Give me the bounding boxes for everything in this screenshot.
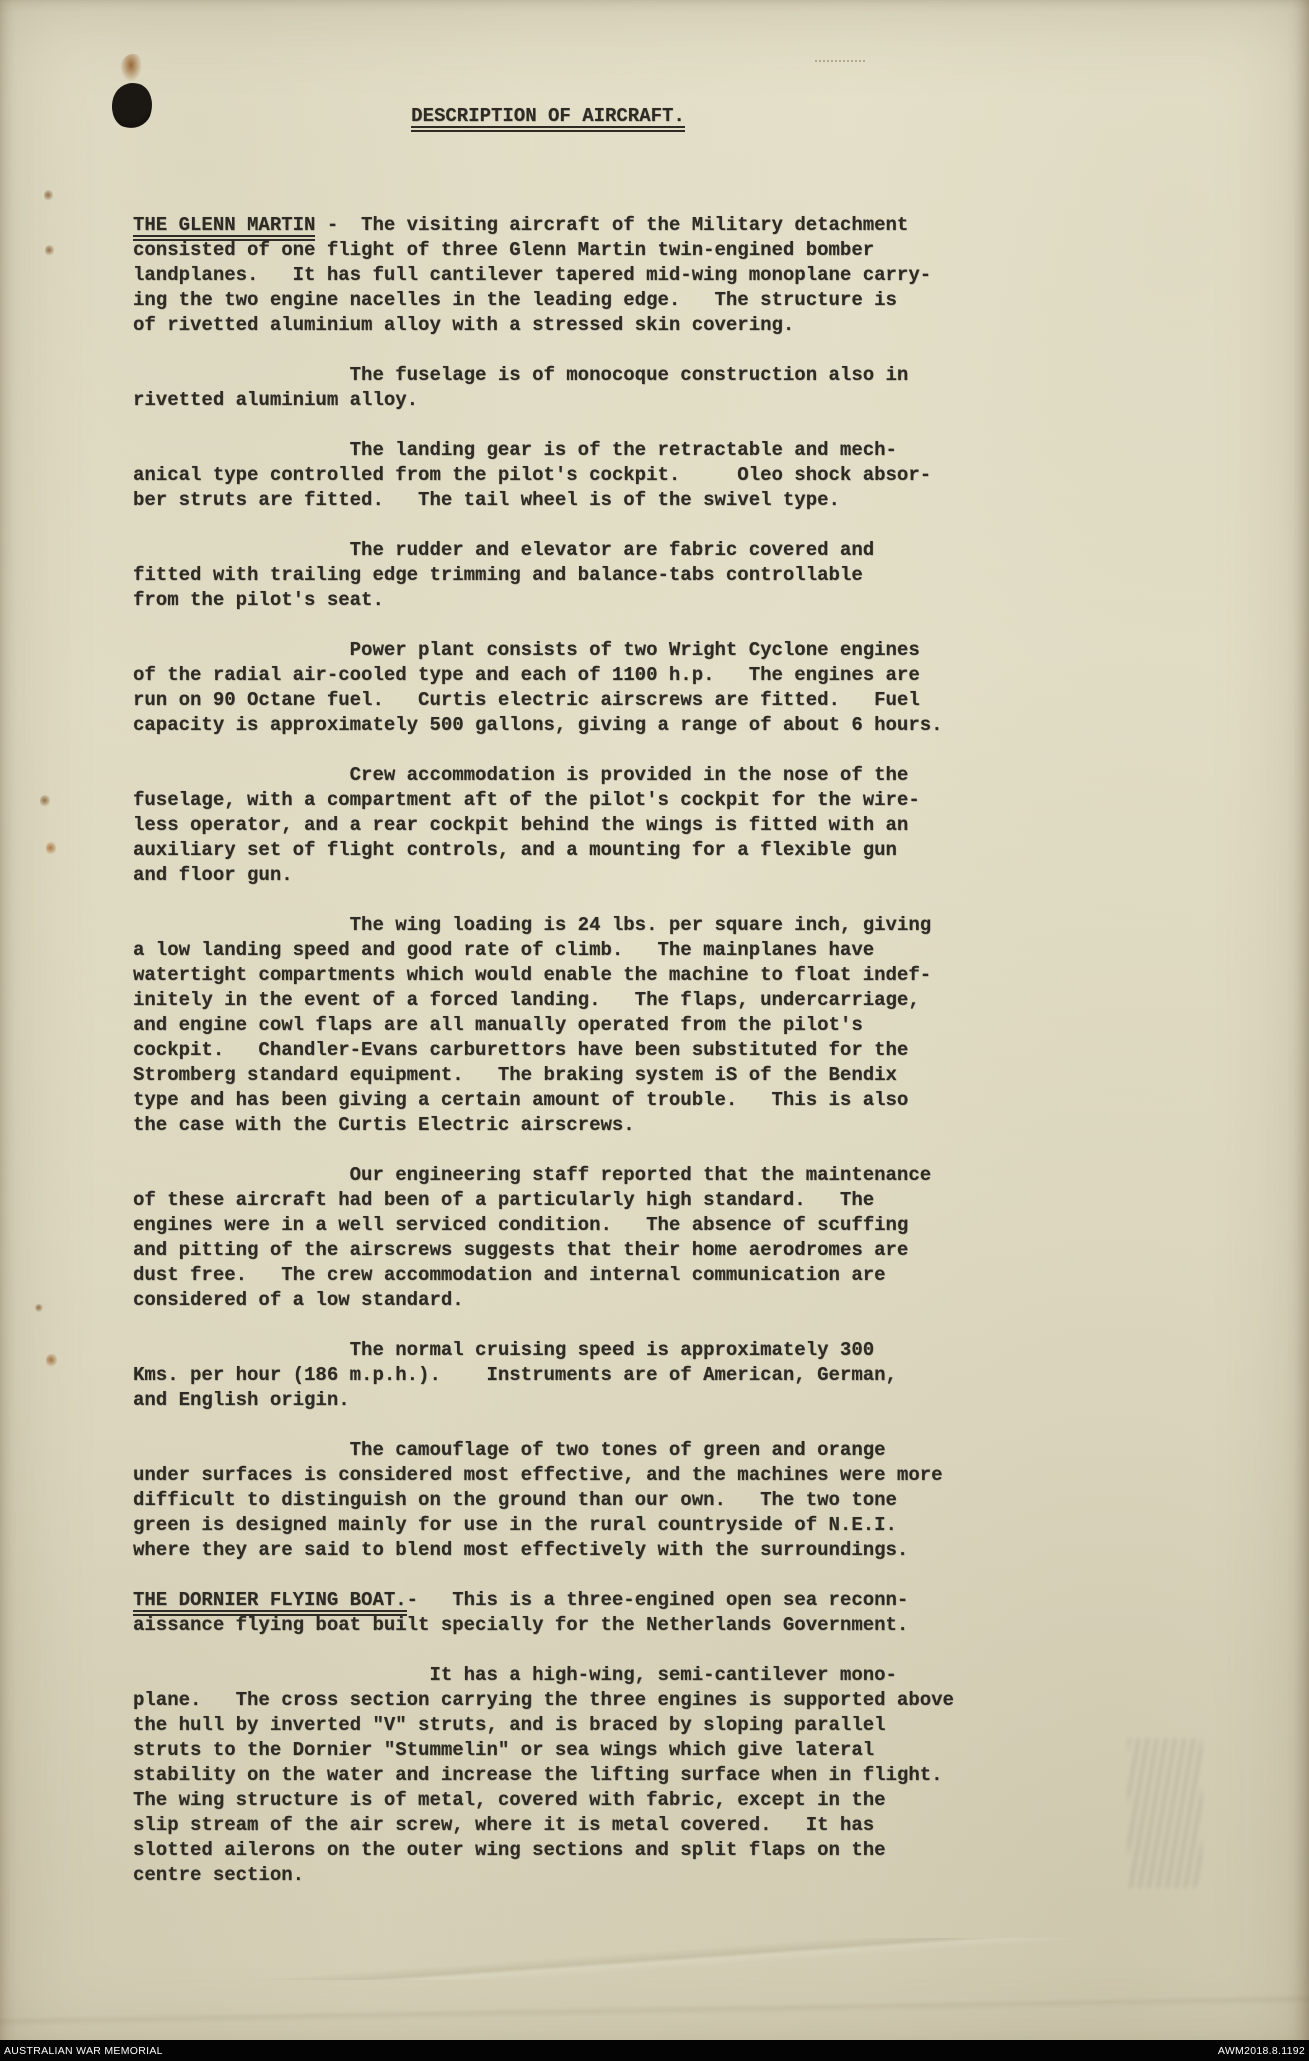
paragraph-text: Our engineering staff reported that the … (133, 1164, 931, 1311)
title-row: DESCRIPTION OF AIRCRAFT. (133, 104, 1059, 129)
paragraph-text: The landing gear is of the retractable a… (133, 439, 931, 511)
paragraph-wing-loading: The wing loading is 24 lbs. per square i… (133, 913, 983, 1138)
paper-speck (46, 842, 56, 855)
paper-crease (0, 1992, 1309, 2028)
paragraph-camouflage: The camouflage of two tones of green and… (133, 1438, 983, 1563)
paragraph-text: The normal cruising speed is approximate… (133, 1339, 897, 1411)
archive-name-label: AUSTRALIAN WAR MEMORIAL (4, 2045, 163, 2057)
section-heading-glenn-martin: THE GLENN MARTIN (133, 214, 315, 242)
paragraph-rudder-elevator: The rudder and elevator are fabric cover… (133, 538, 983, 613)
paragraph-glenn-martin: THE GLENN MARTIN - The visiting aircraft… (133, 213, 983, 338)
faint-pencil-dashes (815, 60, 865, 62)
paragraph-text: The fuselage is of monocoque constructio… (133, 364, 908, 411)
paragraph-text: It has a high-wing, semi-cantilever mono… (133, 1664, 954, 1886)
paragraph-dornier-structure: It has a high-wing, semi-cantilever mono… (133, 1663, 983, 1888)
section-heading-dornier: THE DORNIER FLYING BOAT. (133, 1589, 407, 1617)
paragraph-dornier-intro: THE DORNIER FLYING BOAT.- This is a thre… (133, 1588, 983, 1638)
rust-stain (120, 54, 142, 82)
paper-speck (44, 190, 53, 201)
archive-reference-label: AWM2018.8.1192 (1218, 2045, 1305, 2057)
paragraph-text: The rudder and elevator are fabric cover… (133, 539, 874, 611)
paper-speck (45, 245, 54, 256)
paragraph-landing-gear: The landing gear is of the retractable a… (133, 438, 983, 513)
archive-footer-bar: AUSTRALIAN WAR MEMORIAL AWM2018.8.1192 (0, 2040, 1309, 2061)
paper-speck (46, 1354, 57, 1367)
ink-smudge-streak (1128, 1738, 1202, 1888)
document-page: DESCRIPTION OF AIRCRAFT. THE GLENN MARTI… (0, 0, 1309, 2061)
typed-document: DESCRIPTION OF AIRCRAFT. THE GLENN MARTI… (133, 104, 983, 1913)
paper-crease (0, 1938, 1309, 1980)
paragraph-text: The wing loading is 24 lbs. per square i… (133, 914, 931, 1136)
paragraph-engineering-staff: Our engineering staff reported that the … (133, 1163, 983, 1313)
paragraph-cruising-speed: The normal cruising speed is approximate… (133, 1338, 983, 1413)
paragraph-text: Power plant consists of two Wright Cyclo… (133, 639, 943, 736)
paper-speck (35, 1304, 43, 1312)
paragraph-power-plant: Power plant consists of two Wright Cyclo… (133, 638, 983, 738)
paragraph-text: Crew accommodation is provided in the no… (133, 764, 920, 886)
paragraph-crew-accommodation: Crew accommodation is provided in the no… (133, 763, 983, 888)
paper-speck (40, 795, 50, 807)
paragraph-fuselage: The fuselage is of monocoque constructio… (133, 363, 983, 413)
page-title: DESCRIPTION OF AIRCRAFT. (411, 105, 685, 133)
paragraph-text: The camouflage of two tones of green and… (133, 1439, 943, 1561)
